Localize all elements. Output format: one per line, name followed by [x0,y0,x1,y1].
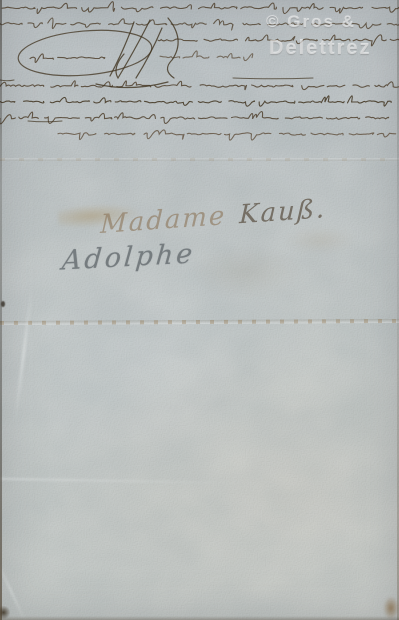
handwriting-layer [0,0,399,620]
recipient-word-kauss: Kauß. [239,194,327,230]
signature-flourish [16,18,178,88]
paper-edge-bottom [0,616,399,620]
faint-stain [284,226,356,254]
letter-photo: MadameKauß. Adolphe © Gros & Delettrez [0,0,399,620]
watermark-line2: Delettrez [269,38,371,58]
watermark: © Gros & Delettrez [266,13,371,58]
watermark-line1: © Gros & [266,13,371,30]
paper-edge-left [0,0,2,620]
